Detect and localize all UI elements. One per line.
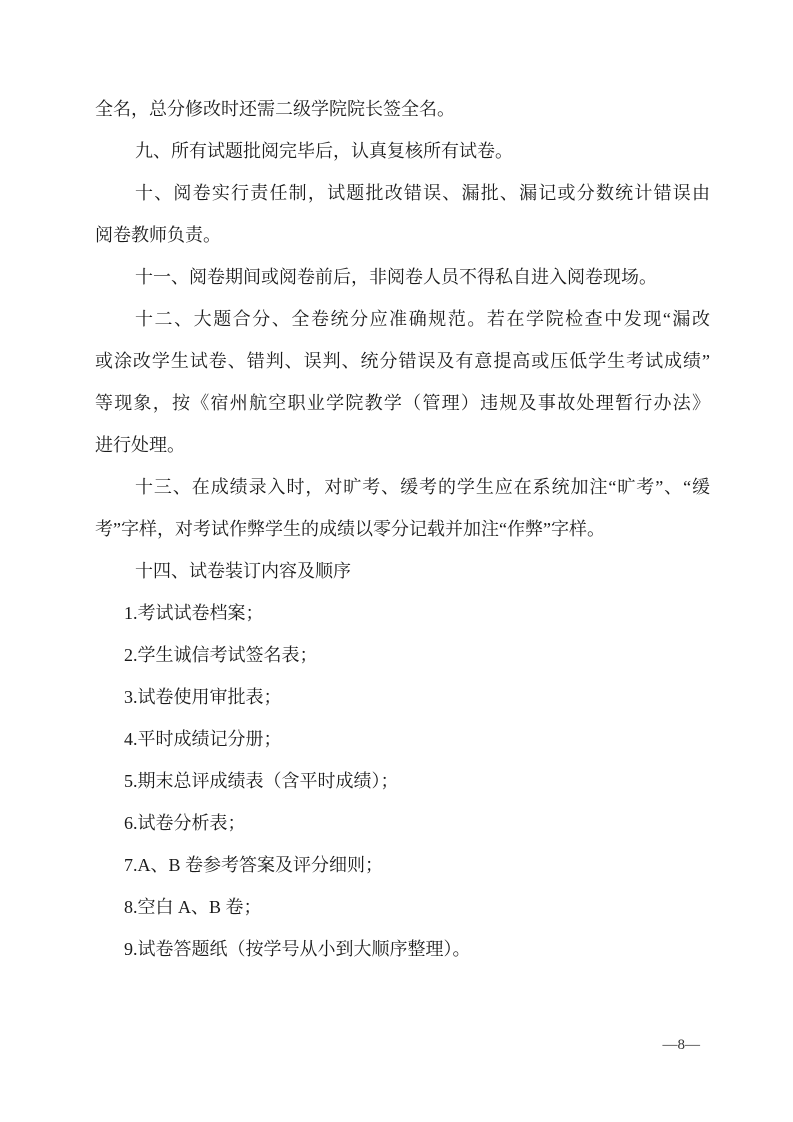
text-line: 十、阅卷实行责任制，试题批改错误、漏批、漏记或分数统计错误由 <box>95 172 710 214</box>
paragraph: 九、所有试题批阅完毕后，认真复核所有试卷。 <box>95 130 710 172</box>
text-line: 等现象，按《宿州航空职业学院教学（管理）违规及事故处理暂行办法》 <box>95 382 710 424</box>
paragraph: 8.空白 A、B 卷； <box>95 886 710 928</box>
text-line: 6.试卷分析表； <box>95 802 710 844</box>
paragraph: 十、阅卷实行责任制，试题批改错误、漏批、漏记或分数统计错误由阅卷教师负责。 <box>95 172 710 256</box>
paragraph: 9.试卷答题纸（按学号从小到大顺序整理）。 <box>95 928 710 970</box>
text-line: 十二、大题合分、全卷统分应准确规范。若在学院检查中发现“漏改 <box>95 298 710 340</box>
paragraph: 2.学生诚信考试签名表； <box>95 634 710 676</box>
text-line: 九、所有试题批阅完毕后，认真复核所有试卷。 <box>95 130 710 172</box>
document-page: 全名，总分修改时还需二级学院院长签全名。九、所有试题批阅完毕后，认真复核所有试卷… <box>0 0 793 1122</box>
text-line: 3.试卷使用审批表； <box>95 676 710 718</box>
text-line: 进行处理。 <box>95 424 710 466</box>
text-line: 十四、试卷装订内容及顺序 <box>95 550 710 592</box>
text-line: 7.A、B 卷参考答案及评分细则； <box>95 844 710 886</box>
document-body: 全名，总分修改时还需二级学院院长签全名。九、所有试题批阅完毕后，认真复核所有试卷… <box>95 88 710 970</box>
paragraph: 3.试卷使用审批表； <box>95 676 710 718</box>
paragraph: 7.A、B 卷参考答案及评分细则； <box>95 844 710 886</box>
text-line: 4.平时成绩记分册； <box>95 718 710 760</box>
paragraph: 6.试卷分析表； <box>95 802 710 844</box>
text-line: 5.期末总评成绩表（含平时成绩）； <box>95 760 710 802</box>
paragraph: 1.考试试卷档案； <box>95 592 710 634</box>
paragraph: 十一、阅卷期间或阅卷前后，非阅卷人员不得私自进入阅卷现场。 <box>95 256 710 298</box>
paragraph: 4.平时成绩记分册； <box>95 718 710 760</box>
text-line: 阅卷教师负责。 <box>95 214 710 256</box>
text-line: 全名，总分修改时还需二级学院院长签全名。 <box>95 88 710 130</box>
text-line: 8.空白 A、B 卷； <box>95 886 710 928</box>
paragraph: 5.期末总评成绩表（含平时成绩）； <box>95 760 710 802</box>
text-line: 十三、在成绩录入时，对旷考、缓考的学生应在系统加注“旷考”、“缓 <box>95 466 710 508</box>
text-line: 2.学生诚信考试签名表； <box>95 634 710 676</box>
text-line: 十一、阅卷期间或阅卷前后，非阅卷人员不得私自进入阅卷现场。 <box>95 256 710 298</box>
page-number: —8— <box>663 1035 701 1055</box>
paragraph: 十三、在成绩录入时，对旷考、缓考的学生应在系统加注“旷考”、“缓考”字样，对考试… <box>95 466 710 550</box>
text-line: 1.考试试卷档案； <box>95 592 710 634</box>
text-line: 或涂改学生试卷、错判、误判、统分错误及有意提高或压低学生考试成绩” <box>95 340 710 382</box>
paragraph: 十四、试卷装订内容及顺序 <box>95 550 710 592</box>
text-line: 考”字样，对考试作弊学生的成绩以零分记载并加注“作弊”字样。 <box>95 508 710 550</box>
paragraph: 十二、大题合分、全卷统分应准确规范。若在学院检查中发现“漏改或涂改学生试卷、错判… <box>95 298 710 466</box>
paragraph: 全名，总分修改时还需二级学院院长签全名。 <box>95 88 710 130</box>
text-line: 9.试卷答题纸（按学号从小到大顺序整理）。 <box>95 928 710 970</box>
